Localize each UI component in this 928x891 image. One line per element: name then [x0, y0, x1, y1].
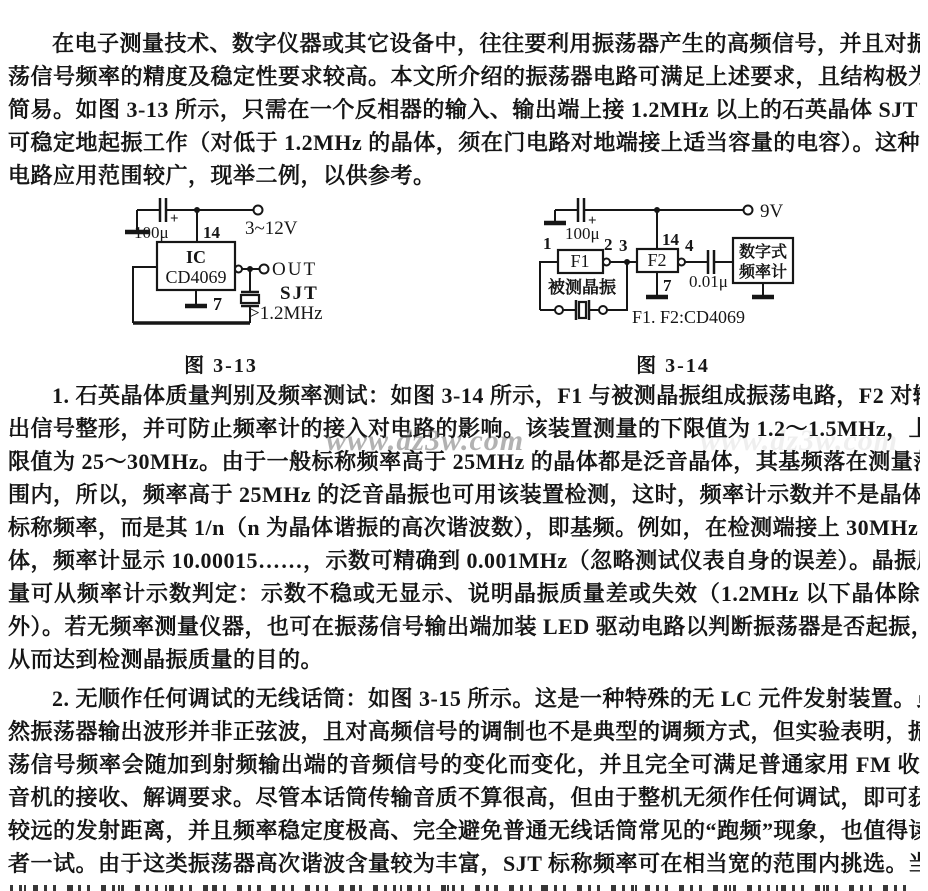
supply-voltage-label: 9V	[760, 201, 784, 222]
figure-3-14-caption: 图 3-14	[608, 349, 738, 378]
pin-1-label: 1	[543, 234, 552, 253]
gate-f1: F1 1 2 3	[540, 234, 637, 310]
text-line: 标称频率，而是其 1/n（n 为晶体谐振的高次谐波数），即基频。例如，在检测端接…	[8, 511, 920, 544]
figure-3-14-circuit-diagram: + 100μ 9V 14 F1 1 2 3 F2 4	[515, 192, 910, 342]
pin-2-label: 2	[604, 235, 613, 254]
electrolytic-capacitor: + 100μ	[134, 198, 179, 242]
f1-label: F1	[570, 251, 589, 271]
text-line: 体，频率计显示 10.00015……，示数可精确到 0.001MHz（忽略测试仪…	[8, 544, 920, 577]
meter-label-line1: 数字式	[739, 242, 787, 261]
pin-14-label: 14	[662, 230, 680, 249]
supply-terminal	[744, 206, 753, 215]
ground-symbol-left	[544, 210, 566, 223]
inverter-bubble	[678, 259, 685, 266]
paragraph-intro: 在电子测量技术、数字仪器或其它设备中，往往要利用振荡器产生的高频信号，并且对振 …	[8, 27, 920, 192]
figure-3-13-caption: 图 3-13	[156, 349, 286, 378]
text-line: 荡信号频率的精度及稳定性要求较高。本文所介绍的振荡器电路可满足上述要求，且结构极…	[8, 60, 920, 93]
pin-4-label: 4	[685, 236, 694, 255]
ic-cd4069: IC CD4069	[157, 242, 235, 290]
output-branch: OUT	[235, 259, 317, 280]
ic-note-label: F1. F2:CD4069	[632, 307, 745, 327]
inverter-bubble	[235, 266, 242, 273]
meter-label-line2: 频率计	[739, 262, 787, 281]
text-line: 然振荡器输出波形并非正弦波，且对高频信号的调制也不是典型的调频方式，但实验表明，…	[8, 715, 920, 748]
crystal-name-label: SJT	[280, 283, 319, 304]
frequency-meter: 数字式 频率计	[733, 238, 793, 297]
pin-7-label: 7	[213, 294, 222, 314]
text-line: 量可从频率计示数判定：示数不稳或无显示、说明晶振质量差或失效（1.2MHz 以下…	[8, 577, 920, 610]
figure-3-13-circuit-diagram: + 100μ 3~12V 14 IC CD4069 OUT	[82, 192, 422, 337]
socket-terminal	[599, 306, 607, 314]
electrolytic-capacitor: + 100μ	[555, 198, 600, 243]
text-line: 在电子测量技术、数字仪器或其它设备中，往往要利用振荡器产生的高频信号，并且对振	[8, 27, 920, 60]
text-line: 电路应用范围较广，现举二例，以供参考。	[8, 159, 920, 192]
inverter-bubble	[603, 259, 610, 266]
ic-ground: 7	[185, 290, 222, 314]
supply-terminal	[254, 206, 263, 215]
crystal-frequency-label: >1.2MHz	[249, 303, 323, 324]
socket-terminal	[555, 306, 563, 314]
text-line: 2. 无顺作任何调试的无线话筒：如图 3-15 所示。这是一种特殊的无 LC 元…	[8, 682, 920, 715]
text-line: 围内，所以，频率高于 25MHz 的泛音晶振也可用该装置检测，这时，频率计示数并…	[8, 478, 920, 511]
text-line: 1. 石英晶体质量判别及频率测试：如图 3-14 所示，F1 与被测晶振组成振荡…	[8, 379, 920, 412]
crystal-under-test-label: 被测晶振	[548, 277, 616, 297]
scanned-document-page: 在电子测量技术、数字仪器或其它设备中，往往要利用振荡器产生的高频信号，并且对振 …	[0, 0, 928, 891]
text-line: 简易。如图 3-13 所示，只需在一个反相器的输入、输出端上接 1.2MHz 以…	[8, 93, 920, 126]
paragraph-wireless-mic: 2. 无顺作任何调试的无线话筒：如图 3-15 所示。这是一种特殊的无 LC 元…	[8, 682, 920, 880]
cutoff-text-line	[10, 885, 915, 891]
text-line: 外）。若无频率测量仪器，也可在振荡信号输出端加装 LED 驱动电路以判断振荡器是…	[8, 610, 920, 643]
pin-7-label: 7	[663, 276, 672, 295]
power-rail: 3~12V 14	[166, 206, 298, 243]
text-line: 从而达到检测晶振质量的目的。	[8, 643, 920, 676]
text-line: 者一试。由于这类振荡器高次谐波含量较为丰富，SJT 标称频率可在相当宽的范围内挑…	[8, 847, 920, 880]
paragraph-crystal-test: 1. 石英晶体质量判别及频率测试：如图 3-14 所示，F1 与被测晶振组成振荡…	[8, 379, 920, 676]
ic-label: IC	[186, 247, 206, 267]
text-line: 较远的发射距离，并且频率稳定度极高、完全避免普通无线话筒常见的“跑频”现象，也值…	[8, 814, 920, 847]
capacitor-value-label: 100μ	[134, 223, 169, 242]
text-line: 限值为 25～30MHz。由于一般标称频率高于 25MHz 的晶体都是泛音晶体，…	[8, 445, 920, 478]
coupling-capacitor: 0.01μ	[689, 250, 733, 291]
supply-voltage-label: 3~12V	[245, 218, 298, 239]
f2-label: F2	[647, 250, 666, 270]
capacitor-value-label: 100μ	[565, 224, 600, 243]
pin-3-label: 3	[619, 236, 628, 255]
text-line: 音机的接收、解调要求。尽管本话筒传输音质不算很高，但由于整机无须作任何调试，即可…	[8, 781, 920, 814]
text-line: 可稳定地起振工作（对低于 1.2MHz 的晶体，须在门电路对地端接上适当容量的电…	[8, 126, 920, 159]
ic-part-number: CD4069	[165, 267, 226, 287]
coupling-cap-value-label: 0.01μ	[689, 272, 728, 291]
out-label: OUT	[272, 259, 317, 280]
text-line: 出信号整形，并可防止频率计的接入对电路的影响。该装置测量的下限值为 1.2～1.…	[8, 412, 920, 445]
pin-14-label: 14	[203, 223, 221, 242]
out-terminal	[260, 265, 269, 274]
text-line: 荡信号频率会随加到射频输出端的音频信号的变化而变化，并且完全可满足普通家用 FM…	[8, 748, 920, 781]
plus-polarity-label: +	[170, 211, 179, 227]
